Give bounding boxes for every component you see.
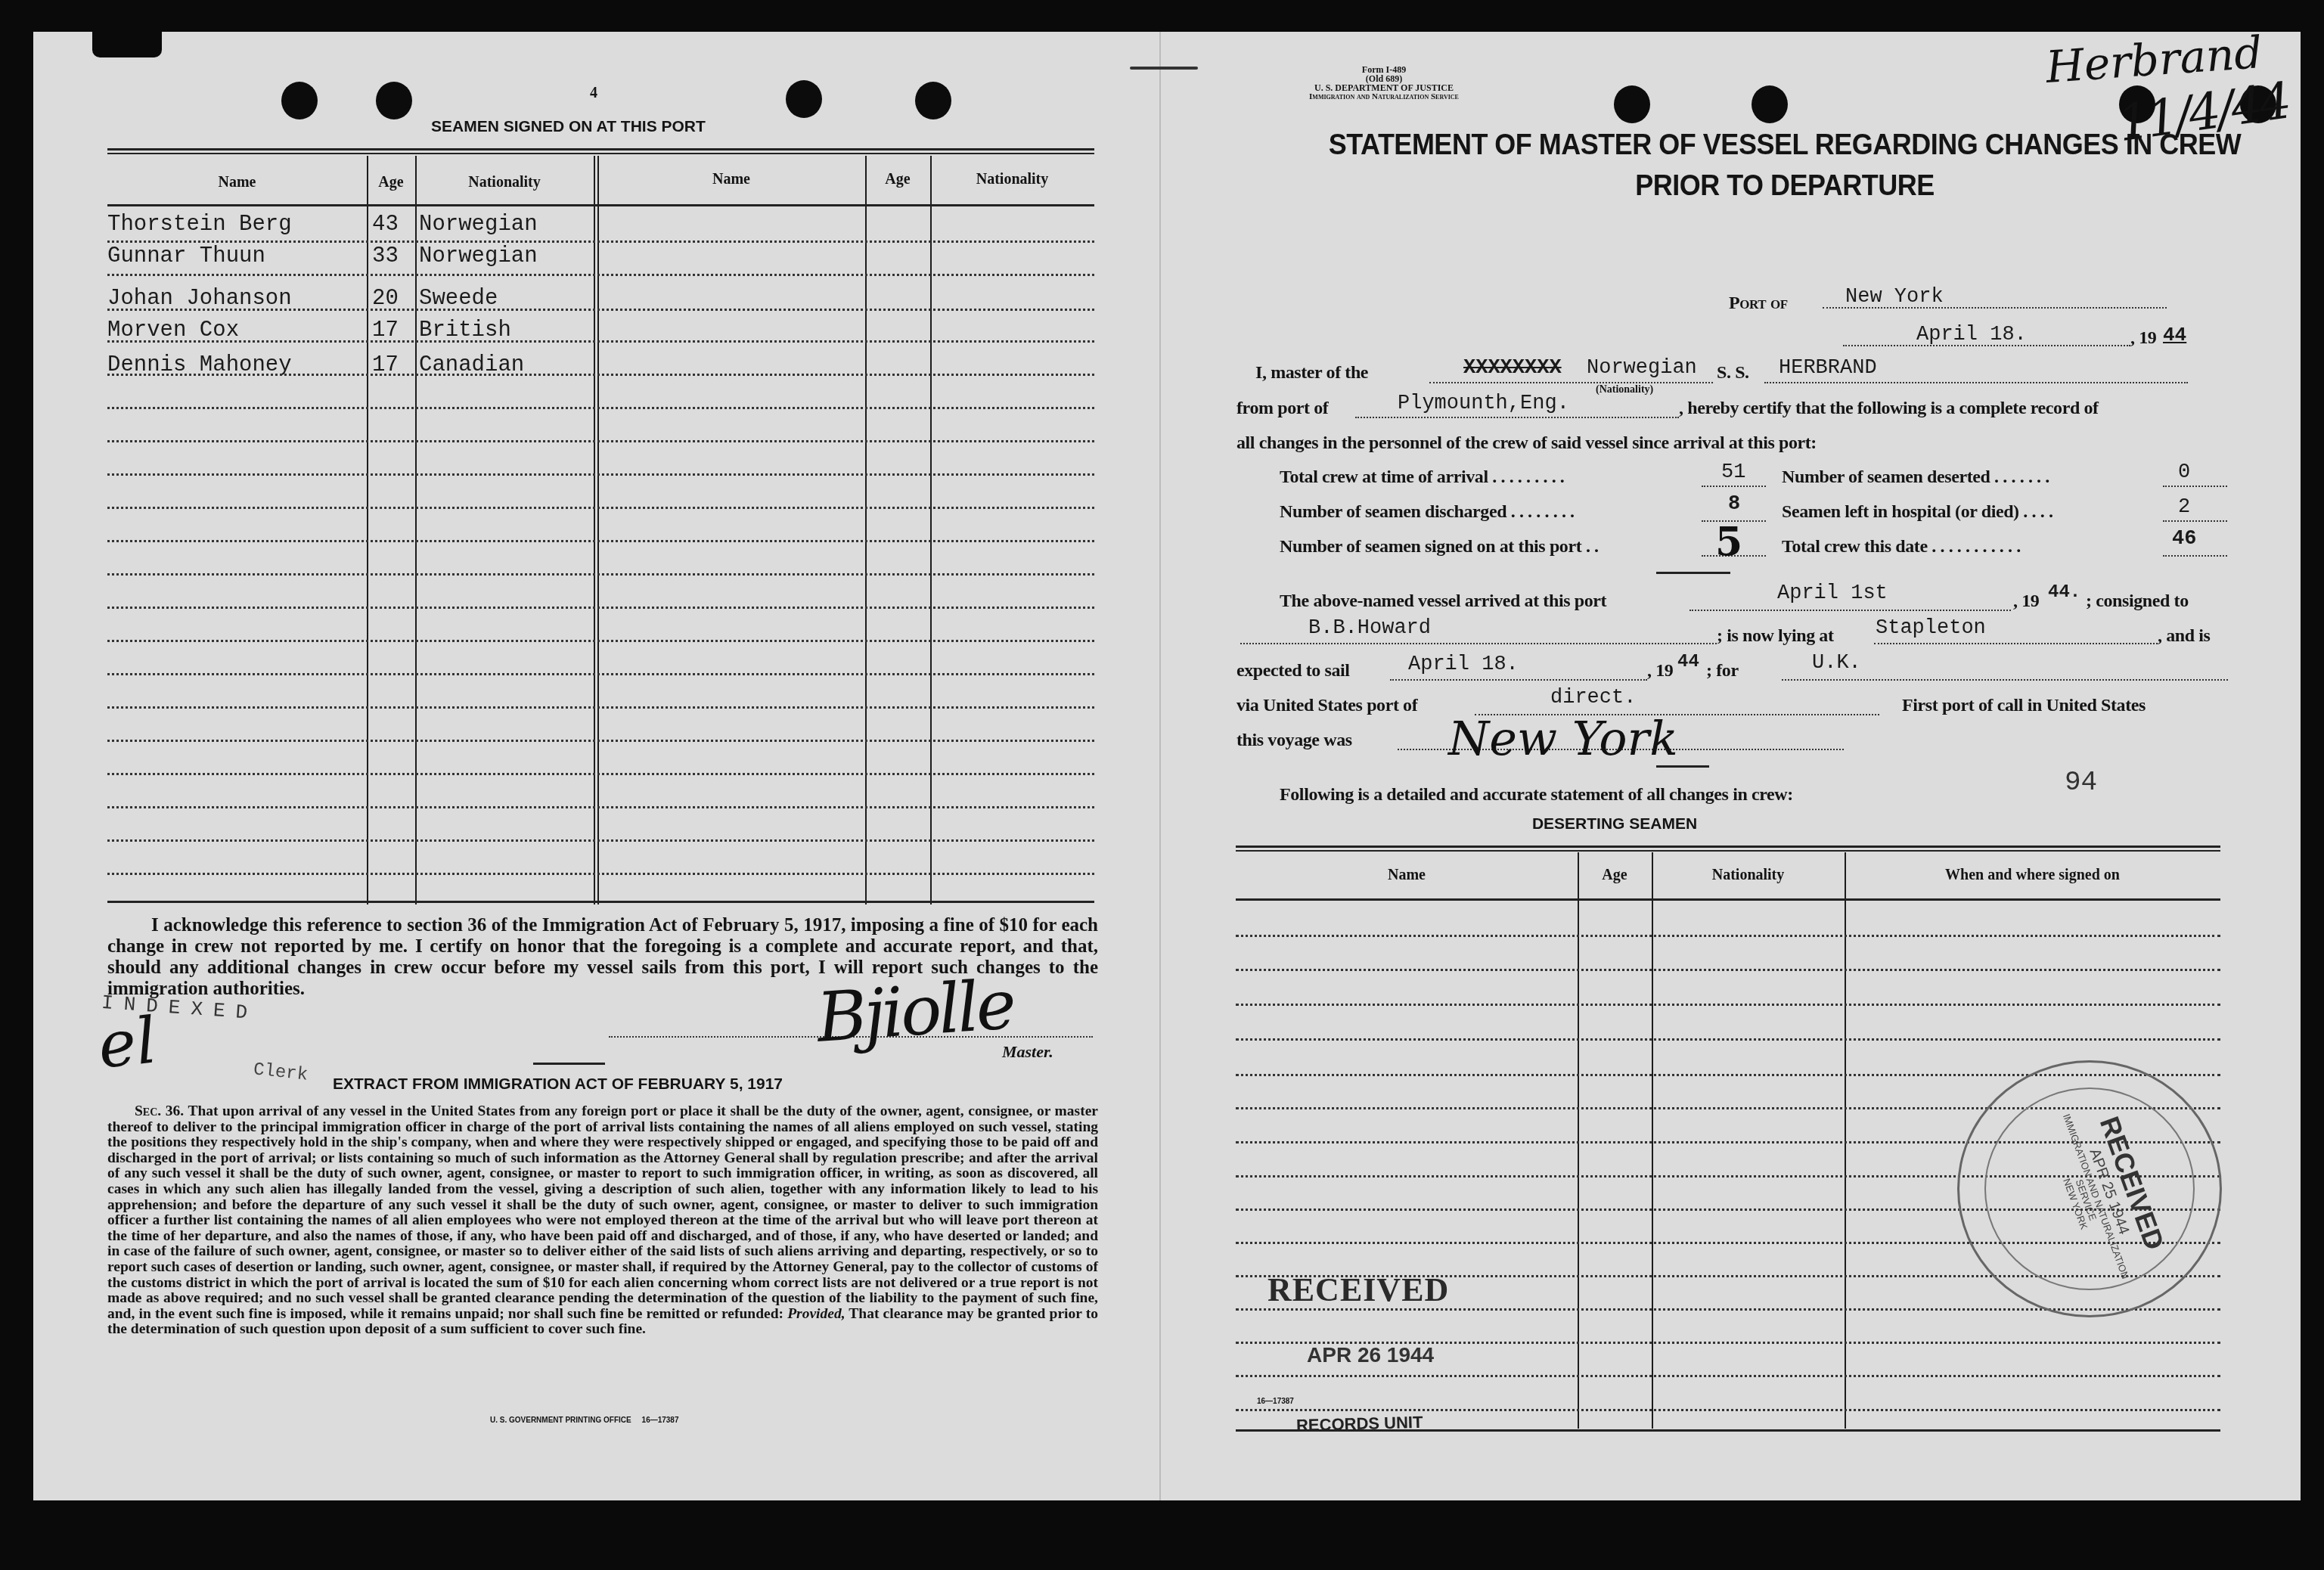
arrived-value: April 1st: [1777, 582, 1888, 605]
extract-title: EXTRACT FROM IMMIGRATION ACT OF FEBRUARY…: [333, 1075, 783, 1094]
col-header-age-2: Age: [865, 171, 930, 188]
for-label: ; for: [1706, 661, 1739, 681]
form-code: 16—17387: [1257, 1398, 1294, 1406]
col-divider: [865, 156, 867, 904]
first-port-label: First port of call in United States: [1902, 696, 2146, 716]
total-crew-arrival-label: Total crew at time of arrival . . . . . …: [1280, 467, 1564, 488]
row-rule: [107, 240, 1094, 243]
service: Immigration and Naturalization Service: [1248, 92, 1520, 101]
following-text: Following is a detailed and accurate sta…: [1280, 785, 1793, 805]
row-name: Johan Johanson: [107, 286, 292, 311]
page-fold: [1159, 32, 1161, 1500]
received-stamp: RECEIVED: [1267, 1271, 1449, 1309]
via-value: direct.: [1550, 687, 1636, 709]
deserting-title: DESERTING SEAMEN: [1361, 815, 1868, 833]
punch-hole: [786, 80, 822, 118]
row-nationality: Norwegian: [419, 212, 538, 237]
date-value: April 18.: [1916, 324, 2027, 346]
header-rule: [107, 204, 1094, 206]
lying-label: ; is now lying at: [1717, 626, 1834, 647]
sail-date-field: [1390, 679, 1647, 681]
row-name: Thorstein Berg: [107, 212, 292, 237]
round-received-stamp: RECEIVED APR 25 1944 IMMIGRATION AND NAT…: [1957, 1060, 2222, 1317]
row-rule: [107, 607, 1094, 609]
stats-underline: [1656, 572, 1730, 574]
row-rule: [107, 740, 1094, 742]
section-title: SEAMEN SIGNED ON AT THIS PORT: [431, 118, 706, 136]
arrived-year: 44.: [2048, 582, 2080, 603]
printer-line: U. S. GOVERNMENT PRINTING OFFICE 16—1738…: [490, 1416, 679, 1425]
deserted-value: 0: [2178, 461, 2190, 484]
voyage-label: this voyage was: [1236, 731, 1352, 751]
from-port-value: Plymounth,Eng.: [1398, 392, 1569, 415]
lying-value: Stapleton: [1876, 617, 1986, 640]
records-unit-stamp: RECORDS UNIT: [1296, 1413, 1423, 1435]
col-header-name-2: Name: [597, 171, 865, 188]
ss-label: S. S.: [1717, 363, 1749, 383]
row-rule: [107, 573, 1094, 576]
row-rule: [107, 407, 1094, 409]
col-header-name: Name: [1236, 867, 1578, 884]
deserted-label: Number of seamen deserted . . . . . . .: [1782, 467, 2049, 488]
signed-on-value: 5: [1715, 519, 1742, 565]
arrived-label: The above-named vessel arrived at this p…: [1280, 591, 1606, 612]
staple-mark: [1130, 67, 1198, 70]
row-nationality: Sweede: [419, 286, 498, 311]
row-rule: [1236, 935, 2220, 937]
row-rule: [107, 773, 1094, 775]
row-rule: [107, 473, 1094, 476]
port-label: Port of: [1729, 293, 1788, 314]
row-rule: [1236, 969, 2220, 971]
row-rule: [1236, 1409, 2220, 1411]
col-header-name: Name: [107, 174, 367, 191]
nationality-value: Norwegian: [1587, 357, 1697, 380]
row-rule: [107, 640, 1094, 642]
row-age: 17: [372, 318, 399, 343]
arrived-field: [1689, 610, 2011, 611]
master-of-label: I, master of the: [1255, 363, 1368, 383]
clerk-initials: el: [95, 1003, 160, 1082]
table-top-rule: [1236, 846, 2220, 852]
port-value: New York: [1845, 286, 1944, 309]
row-name: Gunnar Thuun: [107, 244, 265, 268]
col-divider: [930, 156, 932, 904]
table-bottom-rule: [107, 901, 1094, 903]
total-crew-date-field: [2163, 555, 2227, 557]
hospital-field: [2163, 520, 2227, 522]
page-number: 4: [590, 85, 597, 102]
row-rule: [107, 274, 1094, 276]
sail-year: 44: [1677, 652, 1699, 672]
row-rule: [107, 706, 1094, 709]
row-name: Morven Cox: [107, 318, 239, 343]
ship-name: HERBRAND: [1779, 357, 1877, 380]
col-header-age: Age: [1578, 867, 1652, 884]
from-port-field: [1355, 417, 1679, 418]
nationality-struck: XXXXXXXX: [1463, 357, 1562, 380]
extract-body-text: That upon arrival of any vessel in the U…: [107, 1103, 1098, 1322]
nationality-caption: (Nationality): [1596, 384, 1653, 396]
row-age: 43: [372, 212, 399, 237]
punch-hole: [376, 82, 412, 119]
tab-blot: [92, 30, 162, 57]
and-is-label: , and is: [2158, 626, 2211, 647]
table-top-rule: [107, 148, 1094, 154]
col-header-age: Age: [367, 174, 415, 191]
row-age: 20: [372, 286, 399, 311]
sail-year-prefix: , 19: [1647, 661, 1673, 681]
col-divider: [594, 156, 595, 904]
row-rule: [107, 309, 1094, 311]
row-rule: [107, 673, 1094, 675]
lying-field: [1874, 643, 2158, 644]
ship-name-field: [1764, 382, 2188, 383]
hospital-label: Seamen left in hospital (or died) . . . …: [1782, 502, 2053, 523]
col-header-nationality: Nationality: [415, 174, 594, 191]
nationality-field: [1429, 382, 1713, 383]
sail-label: expected to sail: [1236, 661, 1350, 681]
form-header: Form I-489 (Old 689) U. S. DEPARTMENT OF…: [1248, 65, 1520, 101]
row-rule: [107, 440, 1094, 442]
extract-body: Sec. 36. That upon arrival of any vessel…: [107, 1104, 1098, 1338]
col-header-nationality-2: Nationality: [930, 171, 1094, 188]
discharged-value: 8: [1728, 493, 1740, 516]
deserted-field: [2163, 486, 2227, 487]
total-crew-date-label: Total crew this date . . . . . . . . . .…: [1782, 537, 2021, 557]
consignee-value: B.B.Howard: [1308, 617, 1431, 640]
separator-rule: [533, 1063, 605, 1065]
hospital-value: 2: [2178, 496, 2190, 519]
row-rule: [107, 374, 1094, 376]
punch-hole: [281, 82, 318, 119]
col-divider: [367, 156, 368, 904]
seamen-signed-on-table: Name Age Nationality Name Age Nationalit…: [107, 148, 1094, 903]
received-date: APR 26 1944: [1307, 1343, 1434, 1367]
form-title-line2: PRIOR TO DEPARTURE: [1286, 168, 2284, 203]
voyage-value: New York: [1448, 711, 1678, 766]
row-rule: [1236, 1038, 2220, 1041]
header-rule: [1236, 898, 2220, 901]
col-header-signed-on: When and where signed on: [1845, 867, 2220, 884]
col-divider: [597, 156, 599, 904]
extract-sec: Sec. 36.: [135, 1103, 184, 1119]
arrived-year-prefix: , 19: [2013, 591, 2039, 612]
punch-hole: [1614, 85, 1650, 123]
from-port-label: from port of: [1236, 399, 1328, 419]
master-label: Master.: [1002, 1042, 1053, 1062]
all-changes-text: all changes in the personnel of the crew…: [1236, 433, 1817, 454]
discharged-label: Number of seamen discharged . . . . . . …: [1280, 502, 1575, 523]
row-rule: [1236, 1004, 2220, 1006]
form-title-line1: STATEMENT OF MASTER OF VESSEL REGARDING …: [1286, 127, 2284, 162]
punch-hole: [1752, 85, 1788, 123]
consigned-label: ; consigned to: [2086, 591, 2189, 612]
row-rule: [107, 507, 1094, 509]
sail-date-value: April 18.: [1408, 653, 1519, 676]
row-rule: [107, 873, 1094, 875]
col-divider: [415, 156, 417, 904]
year-prefix: , 19: [2130, 328, 2156, 349]
voyage-underline: [1656, 765, 1709, 768]
page-stamp-number: 94: [2065, 767, 2097, 798]
total-crew-arrival-field: [1702, 486, 1766, 487]
punch-hole: [915, 82, 951, 119]
row-nationality: British: [419, 318, 511, 343]
extract-provided: Provided,: [787, 1306, 845, 1322]
row-nationality: Norwegian: [419, 244, 538, 268]
row-age: 33: [372, 244, 399, 268]
row-rule: [107, 806, 1094, 808]
consignee-field: [1240, 643, 1717, 644]
total-crew-date-value: 46: [2172, 528, 2196, 551]
department: U. S. DEPARTMENT OF JUSTICE: [1248, 83, 1520, 92]
master-signature: Bjiolle: [814, 965, 1016, 1058]
row-rule: [107, 340, 1094, 343]
via-label: via United States port of: [1236, 696, 1417, 716]
col-header-nationality: Nationality: [1652, 867, 1845, 884]
row-rule: [107, 839, 1094, 842]
certify-text: , hereby certify that the following is a…: [1679, 399, 2099, 419]
destination-value: U.K.: [1812, 652, 1861, 675]
destination-field: [1782, 679, 2228, 681]
row-rule: [107, 540, 1094, 542]
signed-on-label: Number of seamen signed on at this port …: [1280, 537, 1599, 557]
year-value: 44: [2163, 324, 2186, 346]
row-rule: [1236, 1375, 2220, 1377]
total-crew-arrival-value: 51: [1721, 461, 1745, 484]
